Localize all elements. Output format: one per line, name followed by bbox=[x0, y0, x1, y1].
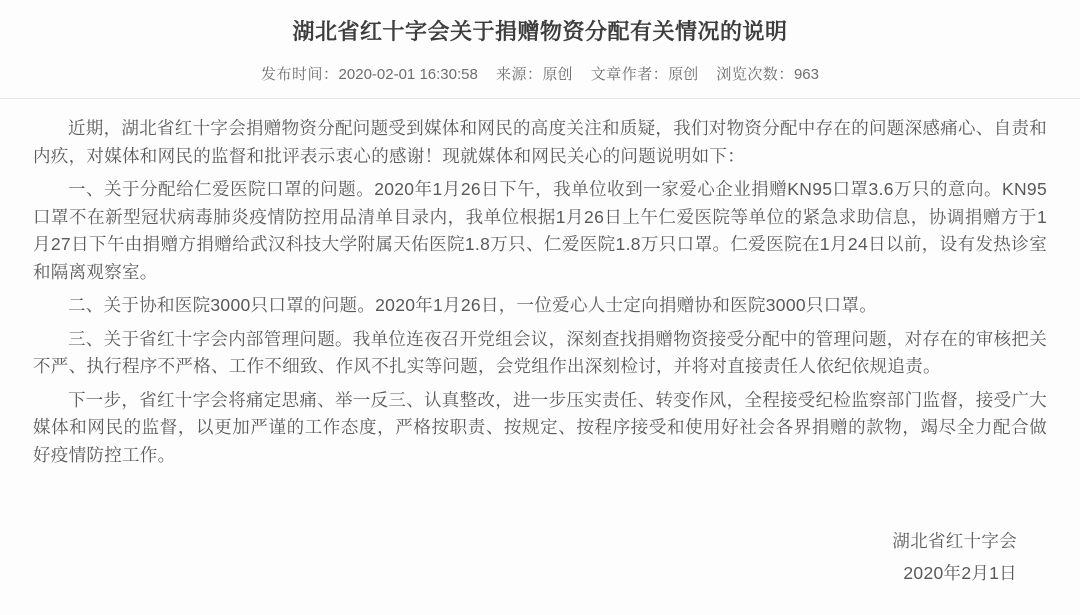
article-header: 湖北省红十字会关于捐赠物资分配有关情况的说明 发布时间：2020-02-01 1… bbox=[0, 0, 1080, 99]
paragraph-item-1: 一、关于分配给仁爱医院口罩的问题。2020年1月26日下午，我单位收到一家爱心企… bbox=[33, 176, 1047, 286]
source-value: 原创 bbox=[543, 66, 573, 83]
paragraph-next-steps: 下一步，省红十字会将痛定思痛、举一反三、认真整改，进一步压实责任、转变作风，全程… bbox=[33, 387, 1047, 470]
meta-bar: 发布时间：2020-02-01 16:30:58 来源：原创 文章作者：原创 浏… bbox=[0, 63, 1080, 98]
meta-item-source: 来源：原创 bbox=[496, 63, 573, 84]
author-value: 原创 bbox=[668, 66, 698, 83]
author-label: 文章作者： bbox=[591, 66, 669, 83]
signature-date: 2020年2月1日 bbox=[33, 557, 1017, 589]
views-label: 浏览次数： bbox=[716, 66, 794, 83]
publish-time-label: 发布时间： bbox=[261, 66, 339, 83]
article-page: 湖北省红十字会关于捐赠物资分配有关情况的说明 发布时间：2020-02-01 1… bbox=[0, 0, 1080, 615]
source-label: 来源： bbox=[496, 66, 543, 83]
signature-block: 湖北省红十字会 2020年2月1日 bbox=[33, 525, 1047, 589]
article-body: 近期，湖北省红十字会捐赠物资分配问题受到媒体和网民的高度关注和质疑，我们对物资分… bbox=[0, 99, 1080, 589]
signature-org: 湖北省红十字会 bbox=[33, 525, 1017, 557]
paragraph-item-3: 三、关于省红十字会内部管理问题。我单位连夜召开党组会议，深刻查找捐赠物资接受分配… bbox=[33, 326, 1047, 381]
meta-item-publish-time: 发布时间：2020-02-01 16:30:58 bbox=[261, 63, 478, 84]
paragraph-item-2: 二、关于协和医院3000只口罩的问题。2020年1月26日，一位爱心人士定向捐赠… bbox=[33, 292, 1047, 320]
publish-time-value: 2020-02-01 16:30:58 bbox=[339, 66, 478, 83]
paragraph-intro: 近期，湖北省红十字会捐赠物资分配问题受到媒体和网民的高度关注和质疑，我们对物资分… bbox=[33, 115, 1047, 170]
page-title: 湖北省红十字会关于捐赠物资分配有关情况的说明 bbox=[0, 16, 1080, 48]
meta-item-views: 浏览次数：963 bbox=[716, 63, 819, 84]
meta-item-author: 文章作者：原创 bbox=[591, 63, 699, 84]
views-value: 963 bbox=[794, 66, 819, 83]
